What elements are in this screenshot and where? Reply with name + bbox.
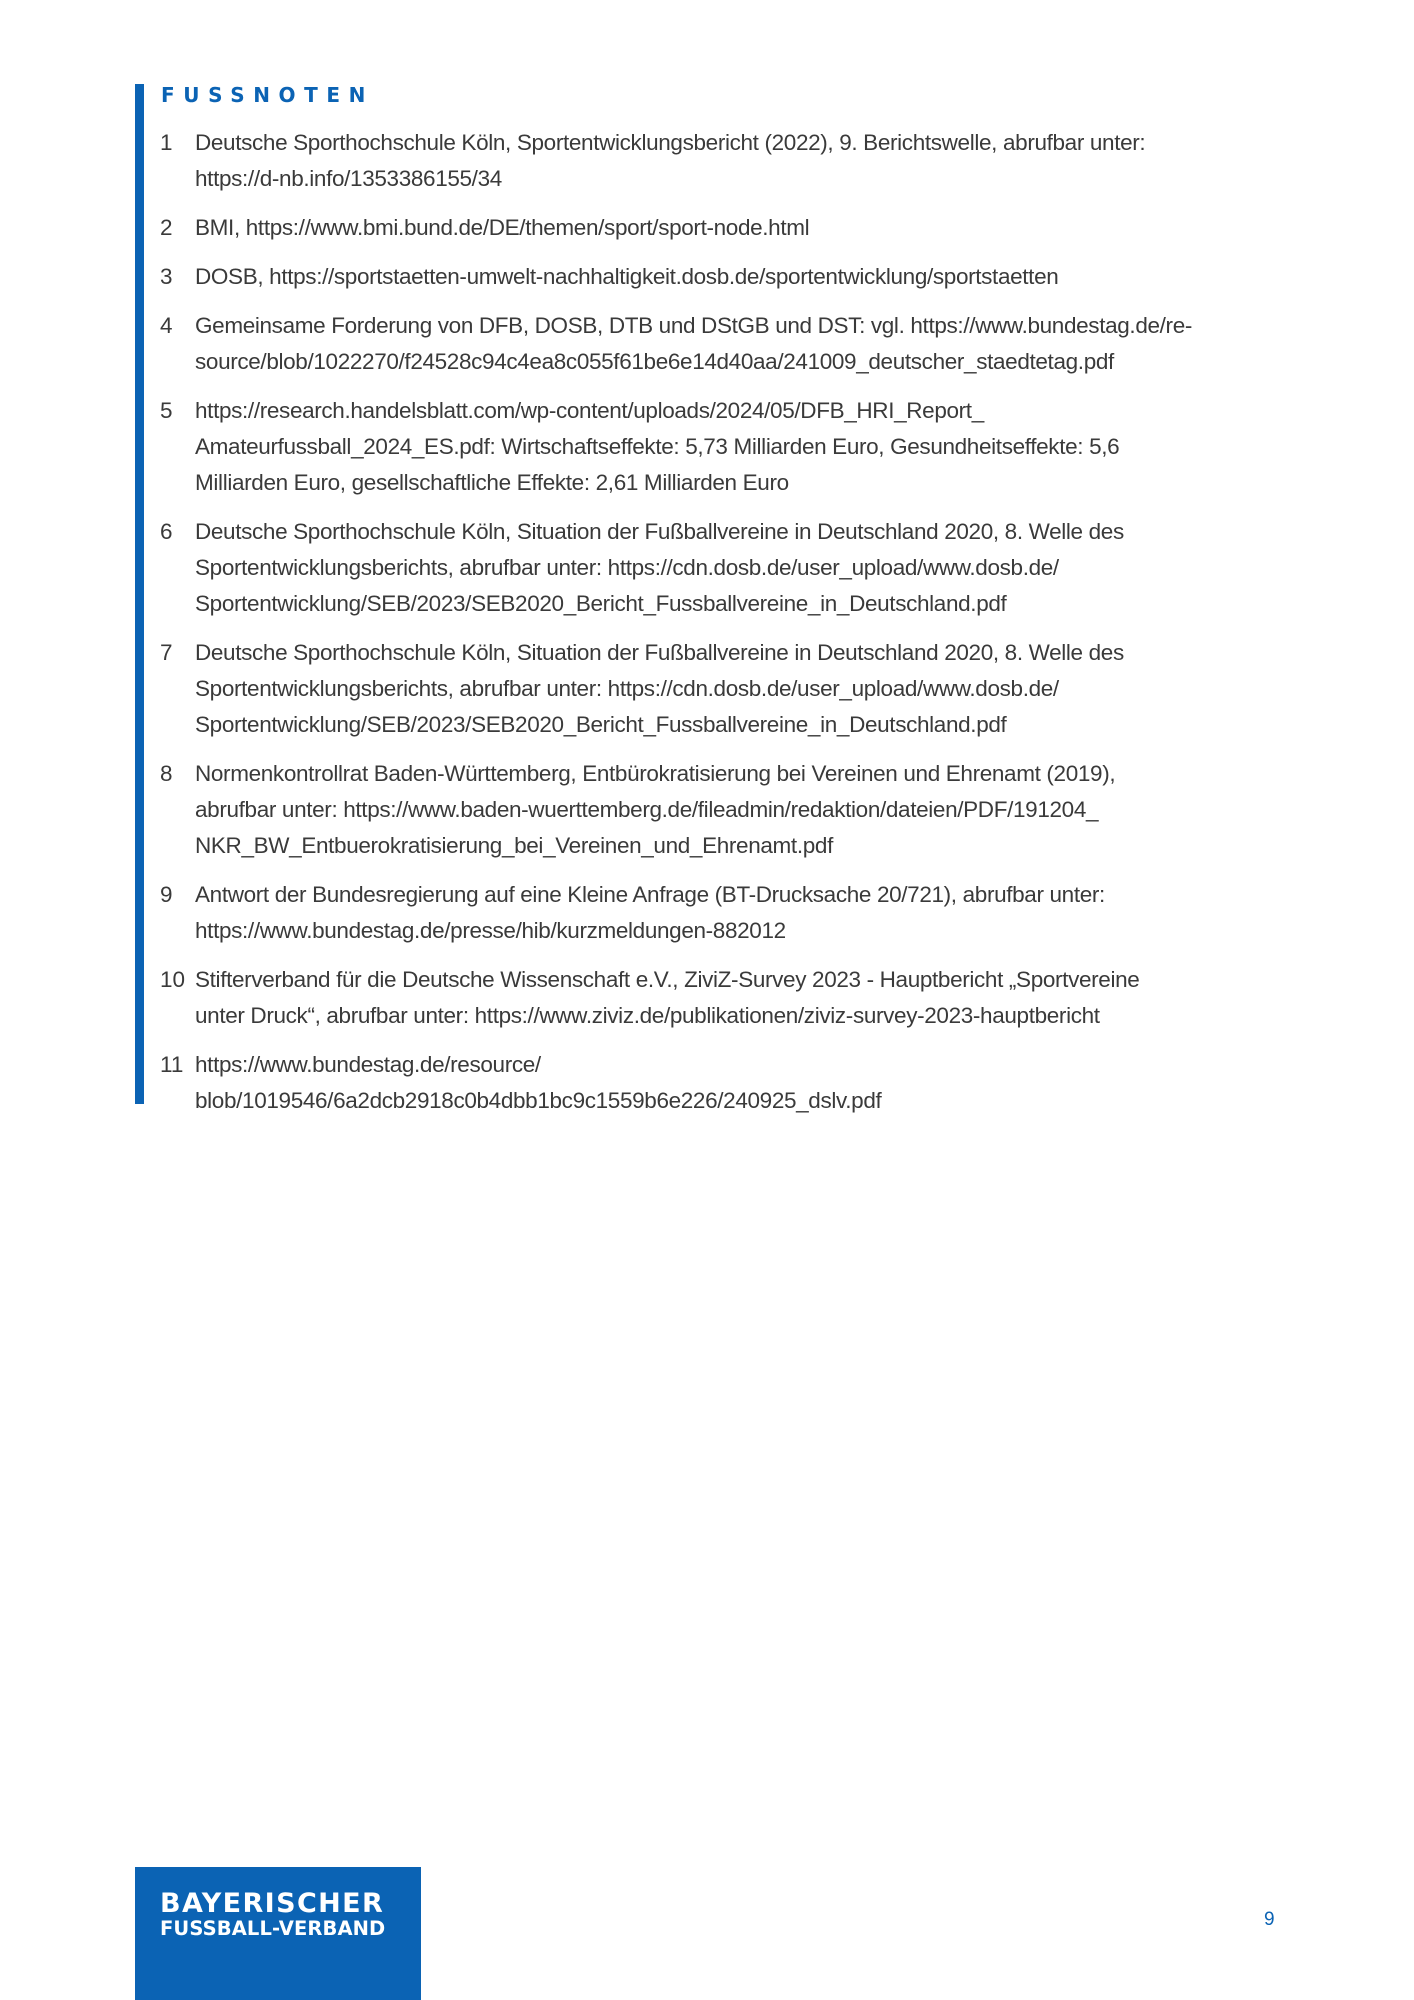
footnote-text-line: unter Druck“, abrufbar unter: https://ww… <box>195 998 1192 1034</box>
footnote-item: 1Deutsche Sporthochschule Köln, Sportent… <box>135 125 1192 197</box>
footnote-text-line: https://research.handelsblatt.com/wp-con… <box>195 393 1192 429</box>
footnote-text-line: Gemeinsame Forderung von DFB, DOSB, DTB … <box>195 308 1192 344</box>
footnote-text: Deutsche Sporthochschule Köln, Situation… <box>195 514 1192 622</box>
footnote-text: Stifterverband für die Deutsche Wissensc… <box>195 962 1192 1034</box>
footnote-text-line: Deutsche Sporthochschule Köln, Situation… <box>195 514 1192 550</box>
footnote-item: 2BMI, https://www.bmi.bund.de/DE/themen/… <box>135 210 1192 246</box>
footnote-number: 8 <box>160 756 192 792</box>
footnote-text-line: DOSB, https://sportstaetten-umwelt-nachh… <box>195 259 1192 295</box>
footnote-item: 7Deutsche Sporthochschule Köln, Situatio… <box>135 635 1192 743</box>
bfv-logo: BAYERISCHER FUSSBALL-VERBAND <box>135 1867 421 2000</box>
footnote-text: Deutsche Sporthochschule Köln, Situation… <box>195 635 1192 743</box>
footnote-item: 6Deutsche Sporthochschule Köln, Situatio… <box>135 514 1192 622</box>
footnote-text-line: https://d-nb.info/1353386155/34 <box>195 161 1192 197</box>
footnote-text-line: Normenkontrollrat Baden-Württemberg, Ent… <box>195 756 1192 792</box>
footnote-text-line: Sportentwicklungsberichts, abrufbar unte… <box>195 671 1192 707</box>
footnote-number: 4 <box>160 308 192 344</box>
footnote-text-line: abrufbar unter: https://www.baden-wuertt… <box>195 792 1192 828</box>
footnote-text-line: https://www.bundestag.de/presse/hib/kurz… <box>195 913 1192 949</box>
footnote-text-line: blob/1019546/6a2dcb2918c0b4dbb1bc9c1559b… <box>195 1083 1192 1119</box>
footnote-text: Antwort der Bundesregierung auf eine Kle… <box>195 877 1192 949</box>
footnote-number: 1 <box>160 125 192 161</box>
footnote-item: 5https://research.handelsblatt.com/wp-co… <box>135 393 1192 501</box>
footnote-text: Gemeinsame Forderung von DFB, DOSB, DTB … <box>195 308 1192 380</box>
page-number: 9 <box>1264 1909 1275 1931</box>
footnote-number: 5 <box>160 393 192 429</box>
footnote-text-line: Sportentwicklungsberichts, abrufbar unte… <box>195 550 1192 586</box>
footnote-text-line: Deutsche Sporthochschule Köln, Situation… <box>195 635 1192 671</box>
footnote-item: 11https://www.bundestag.de/resource/blob… <box>135 1047 1192 1119</box>
footnote-number: 10 <box>160 962 192 998</box>
footnote-list: 1Deutsche Sporthochschule Köln, Sportent… <box>135 125 1192 1132</box>
footnote-item: 4Gemeinsame Forderung von DFB, DOSB, DTB… <box>135 308 1192 380</box>
footnote-text-line: Milliarden Euro, gesellschaftliche Effek… <box>195 465 1192 501</box>
footnote-text-line: BMI, https://www.bmi.bund.de/DE/themen/s… <box>195 210 1192 246</box>
footnote-text-line: https://www.bundestag.de/resource/ <box>195 1047 1192 1083</box>
footnote-number: 11 <box>160 1047 192 1083</box>
logo-line-2: FUSSBALL-VERBAND <box>160 1918 385 1940</box>
footnote-text-line: Sportentwicklung/SEB/2023/SEB2020_Berich… <box>195 586 1192 622</box>
footnote-text-line: Amateurfussball_2024_ES.pdf: Wirtschafts… <box>195 429 1192 465</box>
footnote-text-line: NKR_BW_Entbuerokratisierung_bei_Vereinen… <box>195 828 1192 864</box>
footnote-text-line: Sportentwicklung/SEB/2023/SEB2020_Berich… <box>195 707 1192 743</box>
footnote-item: 3DOSB, https://sportstaetten-umwelt-nach… <box>135 259 1192 295</box>
footnote-number: 3 <box>160 259 192 295</box>
footnote-item: 8Normenkontrollrat Baden-Württemberg, En… <box>135 756 1192 864</box>
footnote-number: 6 <box>160 514 192 550</box>
footnote-number: 7 <box>160 635 192 671</box>
footnote-number: 9 <box>160 877 192 913</box>
footnote-text-line: Antwort der Bundesregierung auf eine Kle… <box>195 877 1192 913</box>
footnote-text: DOSB, https://sportstaetten-umwelt-nachh… <box>195 259 1192 295</box>
footnote-text: Normenkontrollrat Baden-Württemberg, Ent… <box>195 756 1192 864</box>
footnote-text-line: Stifterverband für die Deutsche Wissensc… <box>195 962 1192 998</box>
footnotes-heading: FUSSNOTEN <box>161 84 374 106</box>
footnote-number: 2 <box>160 210 192 246</box>
footnote-item: 9Antwort der Bundesregierung auf eine Kl… <box>135 877 1192 949</box>
footnote-item: 10Stifterverband für die Deutsche Wissen… <box>135 962 1192 1034</box>
footnote-text-line: source/blob/1022270/f24528c94c4ea8c055f6… <box>195 344 1192 380</box>
footnote-text: Deutsche Sporthochschule Köln, Sportentw… <box>195 125 1192 197</box>
footnote-text: BMI, https://www.bmi.bund.de/DE/themen/s… <box>195 210 1192 246</box>
logo-line-1: BAYERISCHER <box>160 1889 384 1919</box>
footnote-text-line: Deutsche Sporthochschule Köln, Sportentw… <box>195 125 1192 161</box>
footnote-text: https://research.handelsblatt.com/wp-con… <box>195 393 1192 501</box>
footnote-text: https://www.bundestag.de/resource/blob/1… <box>195 1047 1192 1119</box>
